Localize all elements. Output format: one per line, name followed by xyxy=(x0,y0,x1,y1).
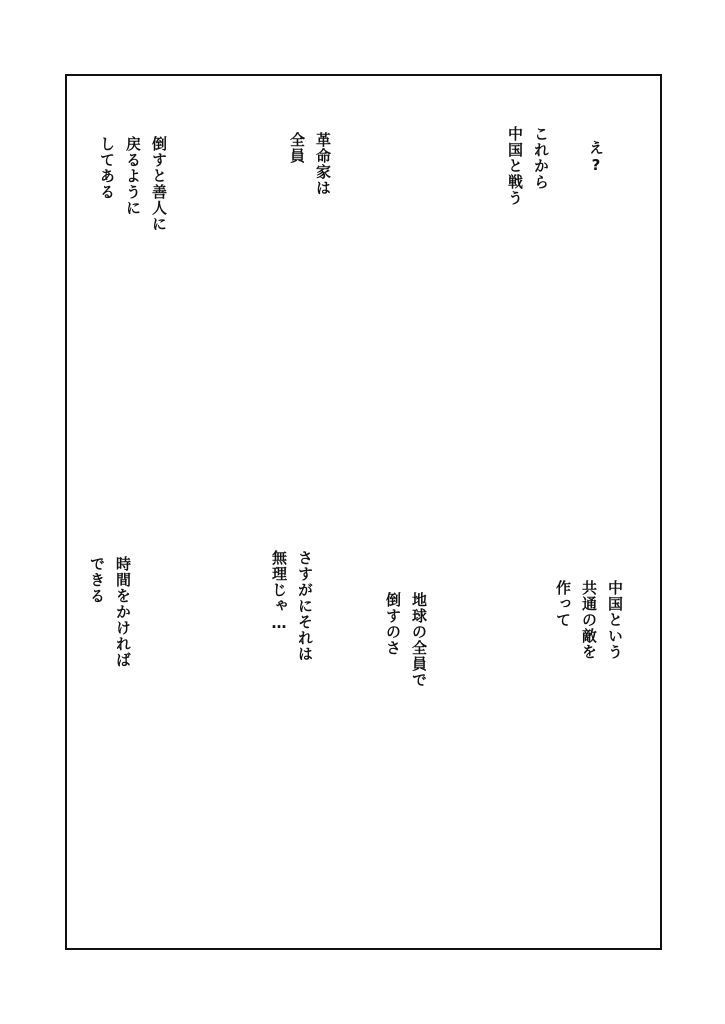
speech-bubble-everyone-earth: 地球の全員で 倒すのさ xyxy=(380,592,432,688)
speech-bubble-defeat-good: 倒すと善人に 戻るように してある xyxy=(94,136,172,232)
speech-bubble-with-time: 時間をかければ できる xyxy=(84,556,136,668)
speech-bubble-common-enemy: 中国という 共通の敵を 作って xyxy=(550,580,628,660)
bubble-line: 倒すと善人に xyxy=(146,136,172,232)
speech-bubble-revolutionaries: 革命家は 全員 xyxy=(284,132,336,196)
bubble-line: え? xyxy=(583,140,609,175)
bubble-line: これから xyxy=(528,126,554,206)
speech-bubble-e: え? xyxy=(583,140,609,175)
speech-bubble-fight-china: これから 中国と戦う xyxy=(502,126,554,206)
bubble-line: 無理じゃ… xyxy=(266,550,292,662)
bubble-line: 中国という xyxy=(602,580,628,660)
bubble-line: できる xyxy=(84,556,110,668)
bubble-line: 時間をかければ xyxy=(110,556,136,668)
speech-bubble-impossible: さすがにそれは 無理じゃ… xyxy=(266,550,318,662)
bubble-line: 作って xyxy=(550,580,576,660)
bubble-line: 地球の全員で xyxy=(406,592,432,688)
bubble-line: 中国と戦う xyxy=(502,126,528,206)
bubble-line: 共通の敵を xyxy=(576,580,602,660)
bubble-line: してある xyxy=(94,136,120,232)
bubble-line: 戻るように xyxy=(120,136,146,232)
bubble-line: 全員 xyxy=(284,132,310,196)
bubble-line: 倒すのさ xyxy=(380,592,406,688)
bubble-line: 革命家は xyxy=(310,132,336,196)
bubble-line: さすがにそれは xyxy=(292,550,318,662)
